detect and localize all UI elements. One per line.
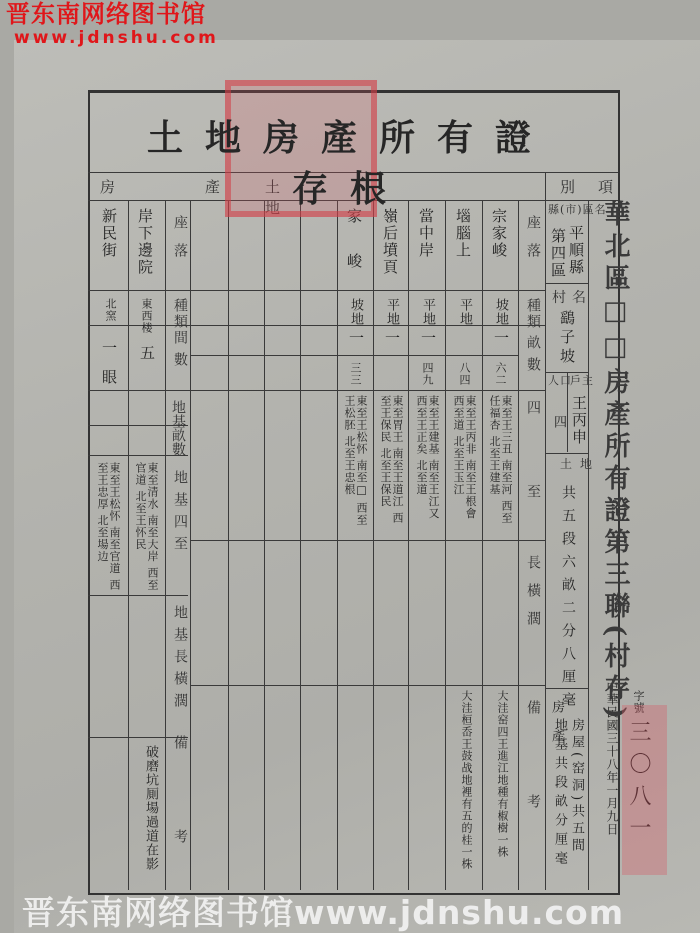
red-seal-stamp-side [622, 705, 667, 875]
parcel-2-location: 堖腦上 [454, 208, 471, 259]
house-2-rooms: 一眼 [100, 340, 117, 398]
parcel-5-boundaries: 東至王松怀 南至□ 西至王松胚 北至王忠根 [343, 395, 367, 535]
house-1-type: 東西楼 [140, 298, 152, 334]
village-label: 村名 [552, 287, 592, 307]
house-1-location: 岸下邊院 [136, 208, 153, 276]
parcel-4-boundaries: 東至胃王 南至王道江 西至王保民 北至王保民 [379, 395, 403, 535]
parcel-4-type: 平地 [385, 298, 397, 326]
parcel-5-mu: 一 [347, 330, 364, 347]
header-item: 項 [598, 176, 613, 197]
owner: 王丙申 [570, 395, 587, 446]
watermark-bottom: 晋东南网络图书馆www.jdnshu.com [22, 893, 624, 933]
parcel-1-location: 宗家峻 [490, 208, 507, 259]
parcel-2-type: 平地 [458, 298, 470, 326]
parcel-1-fen: 六二 [494, 362, 506, 386]
parcel-3-type: 平地 [421, 298, 433, 326]
label-dims: 長橫濶 [523, 555, 543, 639]
house-1-remarks: 破磨坑厠場過道在影 [143, 745, 157, 871]
house-base: 地基共段畝分厘毫 [553, 718, 565, 870]
parcel-5-type: 坡地 [349, 298, 361, 326]
owner-label: 戶主 [570, 375, 594, 387]
label-remarks-land: 備考 [523, 700, 543, 888]
parcel-3-fen: 四九 [421, 362, 433, 386]
people-label: 人口 [548, 375, 572, 387]
house-2-type: 北窯 [104, 298, 116, 322]
document-title: 土地房產所有證存根 [120, 110, 580, 212]
parcel-2-boundaries: 東至王丙非 南至王根會 西至道 北至王玉江 [452, 395, 476, 535]
watermark-top: 晋东南网络图书馆 www.jdnshu.com [6, 2, 219, 47]
parcel-4-location: 嶺后墳頁 [381, 208, 398, 276]
land-label: 土地 [560, 458, 600, 470]
side-title: 華北區□□房產所有證第三聯(村存) [597, 200, 634, 725]
parcel-3-boundaries: 東至王建基 南至王江又 西至王正矣 北至道 [415, 395, 439, 535]
parcel-4-mu: 一 [383, 330, 400, 347]
label-base-area: 地基畝數 [172, 400, 184, 456]
label-rooms: 間數 [170, 330, 190, 374]
district: 第四區 [549, 228, 566, 279]
county: 平順縣 [567, 225, 584, 276]
parcel-1-remarks: 大洼窑四王進江地種有椒樹一株 [496, 690, 508, 880]
watermark-site-name: 晋东南网络图书馆 [6, 2, 219, 26]
people: 四 [552, 415, 564, 429]
label-base-boundaries: 地基四至 [170, 470, 190, 558]
watermark-url: www.jdnshu.com [14, 30, 219, 47]
house-1-boundaries: 東至清水 南至大岸 西至官道 北至王怀民 [134, 462, 158, 592]
label-location-land: 座落 [523, 215, 543, 271]
label-area: 畝數 [523, 335, 543, 379]
parcel-1-boundaries: 東至王三丑 南至河 西至任福杏 北至王建基 [488, 395, 512, 535]
parcel-5-location: 家峻 [345, 208, 362, 298]
land-total: 共五段六畝二分八厘毫 [560, 485, 575, 715]
label-type-land: 種類 [523, 298, 543, 330]
parcel-2-remarks: 大洼桓岙王鼓战地裡有五的桂一株 [460, 690, 472, 880]
parcel-2-fen: 八四 [458, 362, 470, 386]
village: 鷂子坡 [558, 310, 575, 367]
house-1-rooms: 五 [138, 345, 155, 362]
parcel-1-mu: 一 [492, 330, 509, 347]
label-type-house: 種類 [170, 298, 190, 330]
label-base-dims: 地基長橫濶 [170, 605, 190, 715]
house-2-boundaries: 東至王松怀 南至官道 西至王忠厚 北至場边 [96, 462, 120, 592]
house-2-location: 新民街 [100, 208, 117, 259]
parcel-3-mu: 一 [419, 330, 436, 347]
label-location-house: 座落 [170, 215, 190, 271]
parcel-5-fen: 三三 [349, 362, 361, 386]
parcel-1-type: 坡地 [494, 298, 506, 326]
parcel-3-location: 當中岸 [417, 208, 434, 259]
label-boundaries: 四至 [523, 400, 543, 568]
house-total: 房屋(窑洞)共五間 [570, 718, 582, 855]
